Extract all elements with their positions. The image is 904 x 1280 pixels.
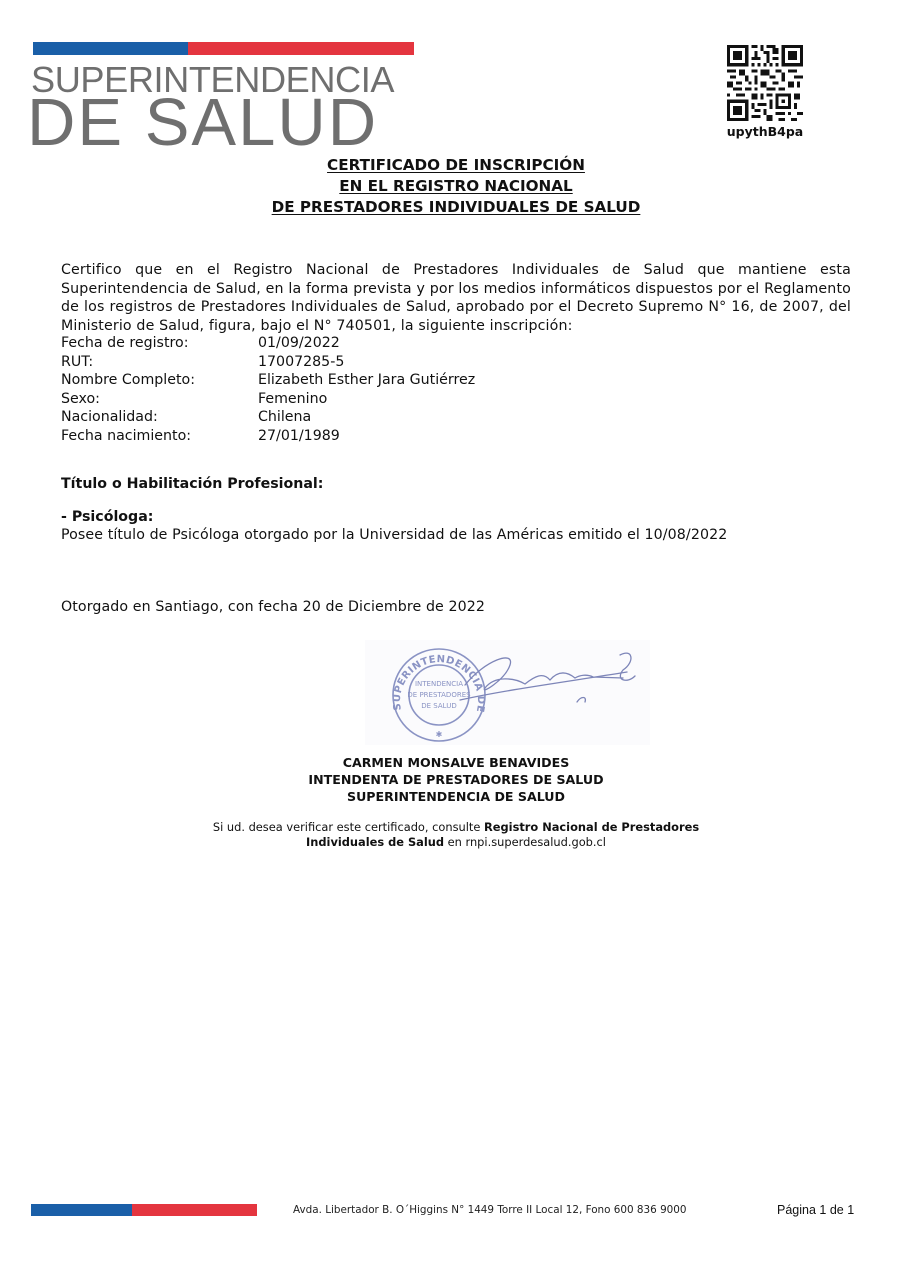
title-line-2: EN EL REGISTRO NACIONAL [339, 177, 572, 195]
professional-title-heading: Título o Habilitación Profesional: [61, 476, 323, 492]
field-value: 01/09/2022 [258, 334, 340, 353]
logo-line-de-salud: DE SALUD [27, 89, 378, 156]
granted-statement: Otorgado en Santiago, con fecha 20 de Di… [61, 599, 485, 615]
stamp-inner-line-3: DE SALUD [421, 702, 456, 710]
verify-registry-name-1: Registro Nacional de Prestadores [484, 820, 699, 834]
field-label: Fecha de registro: [61, 334, 258, 353]
stamp-inner-line-1: INTENDENCIA [415, 680, 463, 688]
verification-note: Si ud. desea verificar este certificado,… [0, 820, 904, 850]
stamp-inner-line-2: DE PRESTADORES [407, 691, 471, 699]
header-flag-bar [33, 42, 414, 55]
field-row-fecha-registro: Fecha de registro: 01/09/2022 [61, 334, 475, 353]
field-row-rut: RUT: 17007285-5 [61, 353, 475, 372]
flag-red-segment [188, 42, 414, 55]
registration-fields: Fecha de registro: 01/09/2022 RUT: 17007… [61, 334, 475, 446]
field-value: 27/01/1989 [258, 427, 340, 446]
verify-registry-name-2: Individuales de Salud [306, 835, 444, 849]
verify-suffix: en [444, 835, 465, 849]
field-value: Femenino [258, 390, 327, 409]
field-label: RUT: [61, 353, 258, 372]
footer-flag-blue-segment [31, 1204, 132, 1216]
signer-position: INTENDENTA DE PRESTADORES DE SALUD [0, 771, 904, 788]
flag-blue-segment [33, 42, 188, 55]
profession-description: Posee título de Psicóloga otorgado por l… [61, 527, 727, 543]
page-number: Página 1 de 1 [777, 1203, 854, 1217]
svg-text:✱: ✱ [436, 730, 443, 739]
field-row-nombre: Nombre Completo: Elizabeth Esther Jara G… [61, 371, 475, 390]
intro-paragraph: Certifico que en el Registro Nacional de… [61, 261, 851, 335]
signature-stamp-image: SUPERINTENDENCIA DE SALUD INTENDENCIA DE… [365, 640, 650, 745]
title-line-3: DE PRESTADORES INDIVIDUALES DE SALUD [272, 198, 641, 216]
signer-block: CARMEN MONSALVE BENAVIDES INTENDENTA DE … [0, 754, 904, 805]
profession-name: - Psicóloga: [61, 509, 153, 525]
field-label: Nombre Completo: [61, 371, 258, 390]
field-row-nacionalidad: Nacionalidad: Chilena [61, 408, 475, 427]
footer-address: Avda. Libertador B. O´Higgins N° 1449 To… [293, 1204, 687, 1216]
footer-flag-bar [31, 1204, 257, 1216]
signer-name: CARMEN MONSALVE BENAVIDES [0, 754, 904, 771]
title-line-1: CERTIFICADO DE INSCRIPCIÓN [327, 156, 585, 174]
signer-institution: SUPERINTENDENCIA DE SALUD [0, 788, 904, 805]
certificate-title: CERTIFICADO DE INSCRIPCIÓN EN EL REGISTR… [0, 155, 904, 218]
field-row-sexo: Sexo: Femenino [61, 390, 475, 409]
qr-code-icon [727, 45, 803, 121]
field-value: Chilena [258, 408, 311, 427]
field-label: Sexo: [61, 390, 258, 409]
footer-flag-red-segment [132, 1204, 257, 1216]
verify-prefix: Si ud. desea verificar este certificado,… [213, 820, 484, 834]
qr-verification-code: upythB4pa [712, 124, 818, 139]
field-label: Nacionalidad: [61, 408, 258, 427]
verify-url-link[interactable]: rnpi.superdesalud.gob.cl [465, 835, 605, 849]
field-row-fecha-nacimiento: Fecha nacimiento: 27/01/1989 [61, 427, 475, 446]
field-label: Fecha nacimiento: [61, 427, 258, 446]
field-value: Elizabeth Esther Jara Gutiérrez [258, 371, 475, 390]
field-value: 17007285-5 [258, 353, 344, 372]
